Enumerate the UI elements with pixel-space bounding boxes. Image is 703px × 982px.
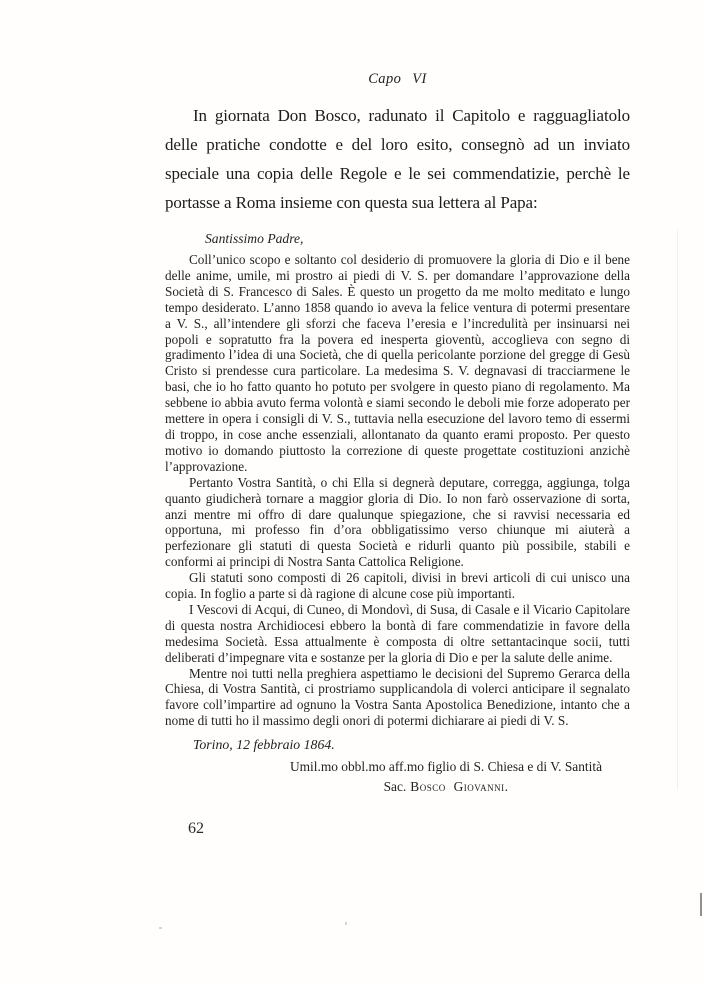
chapter-heading: Capo VI: [165, 70, 630, 88]
text-column: Capo VI In giornata Don Bosco, radunato …: [165, 70, 630, 795]
letter-paragraph: Pertanto Vostra Santità, o chi Ella si d…: [165, 475, 630, 570]
letter-paragraph: Coll’unico scopo e soltanto col desideri…: [165, 252, 630, 475]
book-page-scan: Capo VI In giornata Don Bosco, radunato …: [0, 0, 703, 982]
scan-artifact-vertical-line: [677, 230, 678, 790]
signature-valediction: Umil.mo obbl.mo aff.mo figlio di S. Chie…: [262, 759, 630, 775]
letter-salutation: Santissimo Padre,: [205, 231, 630, 247]
letter-paragraph: Mentre noi tutti nella preghiera aspetti…: [165, 666, 630, 730]
scan-artifact-edge-tick: [700, 893, 702, 916]
signer-name: Bosco Giovanni.: [410, 779, 508, 794]
scan-artifact-speck: [345, 922, 347, 925]
signer-title: Sac.: [384, 779, 407, 794]
intro-paragraph: In giornata Don Bosco, radunato il Capit…: [165, 101, 630, 217]
signature-name-line: Sac.Bosco Giovanni.: [262, 779, 630, 795]
letter-dateline: Torino, 12 febbraio 1864.: [165, 736, 630, 753]
letter-signature: Umil.mo obbl.mo aff.mo figlio di S. Chie…: [262, 759, 630, 795]
letter-paragraph: I Vescovi di Acqui, di Cuneo, di Mondovì…: [165, 602, 630, 666]
letter: Santissimo Padre, Coll’unico scopo e sol…: [165, 231, 630, 795]
scan-artifact-speck: [159, 927, 162, 929]
letter-paragraph: Gli statuti sono composti di 26 capitoli…: [165, 570, 630, 602]
page-number: 62: [188, 820, 204, 838]
